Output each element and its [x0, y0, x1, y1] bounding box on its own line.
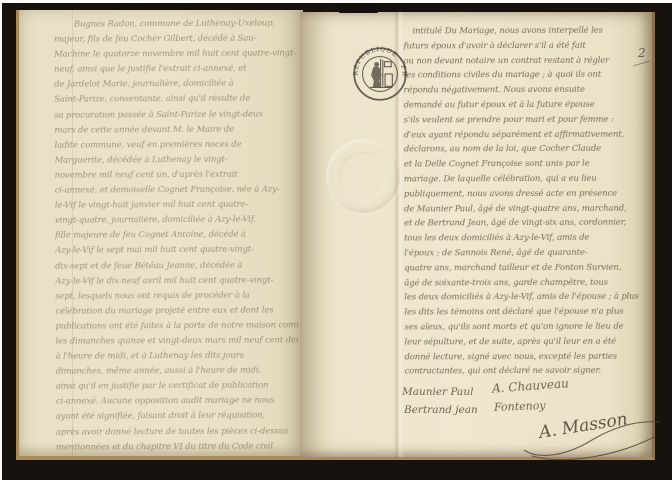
handwritten-line: l'époux ; de Sannois René, âgé de quaran… — [404, 246, 651, 262]
handwritten-line: Azy-le-Vif le dix-neuf avril mil huit ce… — [55, 273, 298, 289]
handwritten-line: les dimanches quinze et vingt-deux mars … — [56, 333, 299, 349]
handwritten-line: sa procuration passée à Saint-Parize le … — [54, 107, 297, 123]
handwritten-line: majeur, fils de feu Cocher Gilbert, décé… — [54, 31, 297, 47]
handwritten-line: publiquement, nous avons dressé acte en … — [404, 186, 651, 202]
handwritten-line: demandé au futur époux et à la future ép… — [404, 98, 651, 114]
officer-signature-text: A. Masson — [536, 409, 629, 443]
handwritten-line: mariage. De laquelle célébration, qui a … — [404, 172, 651, 188]
handwritten-line: quatre ans, marchand tailleur et de Font… — [404, 260, 651, 276]
handwritten-line: publications ont été faites à la porte d… — [55, 318, 298, 334]
handwritten-line: ses aïeux, qu'ils sont morts et qu'on ig… — [404, 320, 651, 336]
republique-francaise-stamp-icon: RÉPUBLIQUE · FRANÇAISE — [352, 46, 408, 102]
handwritten-line: dimanches, même année, aussi à l'heure d… — [56, 364, 299, 380]
handwritten-line: Saint-Parize, consentante, ainsi qu'il r… — [54, 92, 297, 108]
marianne-figure — [370, 59, 392, 88]
handwritten-line: ci-annexé, et demoiselle Cognet François… — [55, 182, 298, 198]
handwritten-line: ayant été signifiée, faisant droit à leu… — [56, 409, 299, 425]
handwritten-line: tous les deux domiciliés à Azy-le-Vif, a… — [404, 231, 651, 247]
handwritten-line: donné lecture, signé avec nous, excepté … — [405, 349, 652, 365]
embossed-seal — [326, 139, 400, 213]
handwritten-line: ou non devant notaire un contrat restant… — [403, 53, 650, 69]
handwritten-line: Azy-le-Vif le sept mai mil huit cent qua… — [55, 243, 298, 259]
handwritten-line: sept, lesquels nous ont requis de procéd… — [55, 288, 298, 304]
handwritten-line: mentionnées et du chapitre VI du titre d… — [56, 439, 299, 455]
handwritten-line: les deux domiciliés à Azy-le-Vif, amis d… — [404, 290, 651, 306]
handwritten-line: neuf, ainsi que le justifie l'extrait ci… — [54, 62, 297, 78]
handwritten-line: âgé de soixante-trois ans, garde champêt… — [404, 275, 651, 291]
handwritten-line: le-Vif le vingt-huit janvier mil huit ce… — [55, 197, 298, 213]
handwritten-line: Machine le quatorze novembre mil huit ce… — [54, 47, 297, 63]
handwritten-line: les dits les témoins ont déclaré que l'é… — [404, 305, 651, 321]
handwritten-line: répondu négativement. Nous avons ensuite — [404, 83, 651, 99]
handwritten-line: d'eux ayant répondu séparément et affirm… — [404, 127, 651, 143]
handwritten-line: célébration du mariage projeté entre eux… — [55, 303, 298, 319]
handwritten-line: fille majeure de feu Cognet Antoine, déc… — [55, 228, 298, 244]
handwritten-line: leur sépulture, et de suite, après qu'il… — [404, 334, 651, 350]
handwritten-line: de Maunier Paul, âgé de vingt-quatre ans… — [404, 201, 651, 217]
embossed-seal-inner-ring — [338, 151, 388, 201]
handwritten-line: mars de cette année devant M. le Maire d… — [54, 122, 297, 138]
left-page-text: Bugnes Radon, commune de Luthenay-Uxelou… — [54, 16, 299, 455]
handwritten-line: à l'heure de midi, et à Luthenay les dit… — [56, 348, 299, 364]
right-page-text: intitulé Du Mariage, nous avons interpel… — [403, 24, 651, 380]
witness1-name: Maunier Paul — [402, 386, 473, 398]
officer-signature: A. Masson — [518, 406, 668, 468]
handwritten-line: Marguerite, décédée à Luthenay le vingt- — [55, 152, 298, 168]
handwritten-line: après avoir donné lecture de toutes les … — [56, 424, 299, 440]
handwritten-line: et de Bertrand Jean, âgé de vingt-six an… — [404, 216, 651, 232]
handwritten-line: dix-sept et de feue Bétéau Jeanne, décéd… — [55, 258, 298, 274]
registry-book-scan: RÉPUBLIQUE · FRANÇAISE Bugnes Radon, com… — [0, 0, 672, 480]
handwritten-line: futurs époux d'avoir à déclarer s'il a é… — [403, 38, 650, 54]
handwritten-line: Bugnes Radon, commune de Luthenay-Uxelou… — [54, 16, 297, 32]
handwritten-line: et la Delle Cognet Françoise sont unis p… — [404, 157, 651, 173]
handwritten-line: contractantes, qui ont déclaré ne savoir… — [405, 364, 652, 380]
handwritten-line: ladite commune, veuf en premières noces … — [54, 137, 297, 153]
handwritten-line: déclarons, au nom de la loi, que Cocher … — [404, 142, 651, 158]
handwritten-line: intitulé Du Mariage, nous avons interpel… — [403, 24, 650, 40]
witness2-name: Bertrand jean — [404, 404, 478, 416]
handwritten-line: vingt-quatre, journalière, domiciliée à … — [55, 213, 298, 229]
handwritten-line: de Jardelot Marie, journalière, domicili… — [54, 77, 297, 93]
folio-number: 2 — [638, 46, 646, 60]
handwritten-line: ci-annexé. Aucune opposition audit maria… — [56, 394, 299, 410]
handwritten-line: novembre mil neuf cent un, d'après l'ext… — [55, 167, 298, 183]
handwritten-line: ainsi qu'il en justifie par le certifica… — [56, 379, 299, 395]
handwritten-line: s'ils veulent se prendre pour mari et po… — [404, 112, 651, 128]
handwritten-line: les conditions civiles du mariage ; à qu… — [404, 68, 651, 84]
